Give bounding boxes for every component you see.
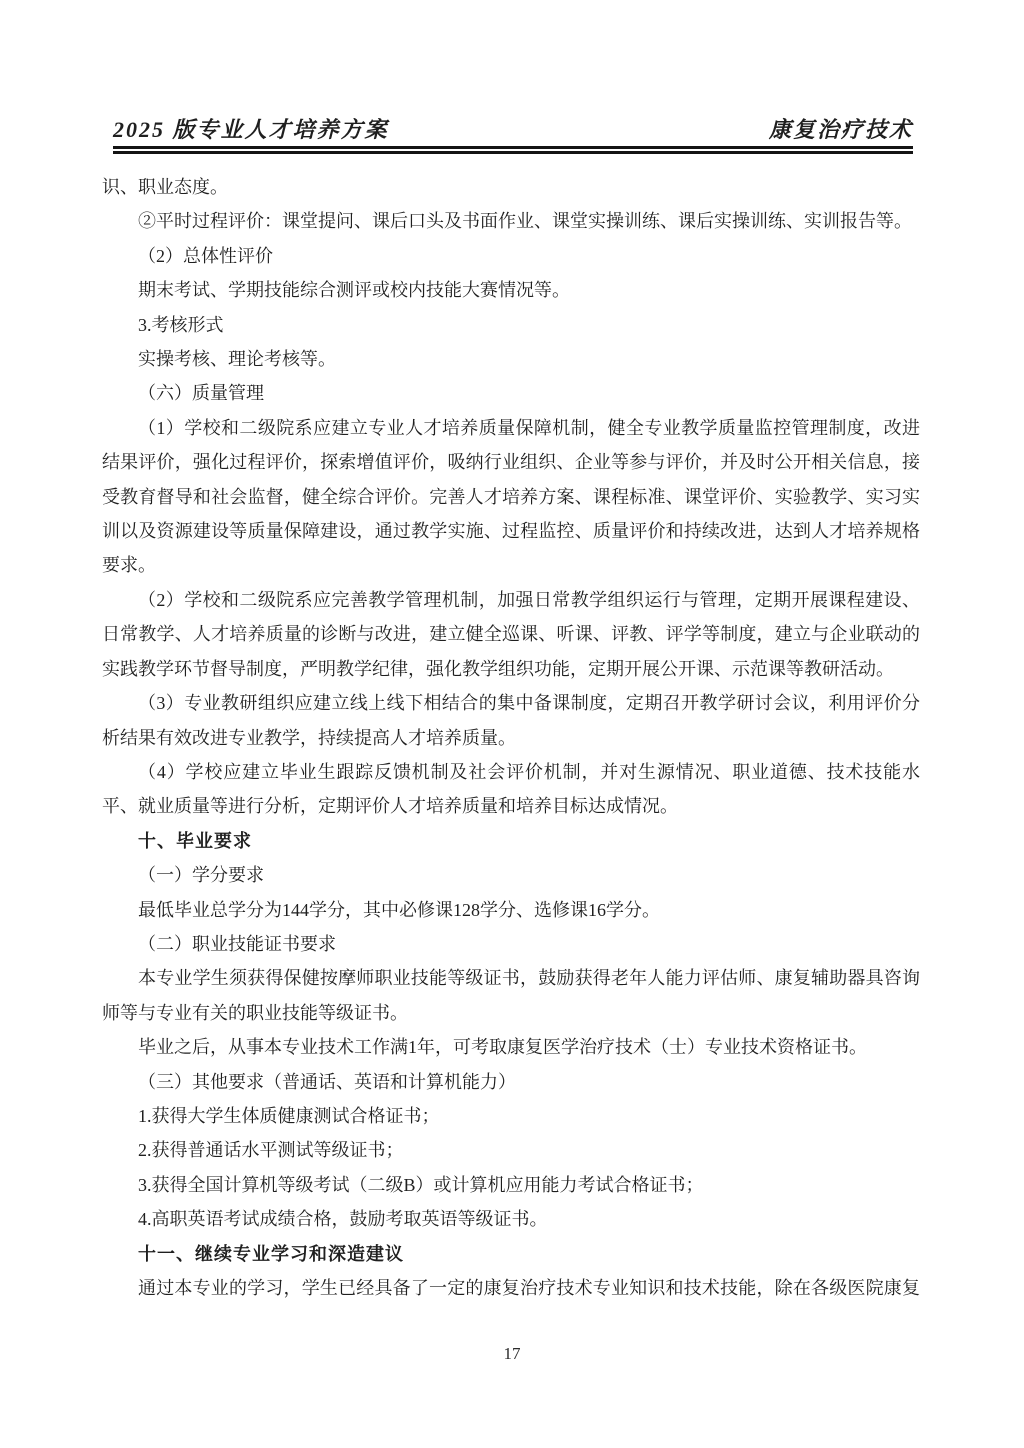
paragraph: 实操考核、理论考核等。	[102, 342, 920, 376]
section-heading: 十一、继续专业学习和深造建议	[102, 1237, 920, 1271]
paragraph: （1）学校和二级院系应建立专业人才培养质量保障机制，健全专业教学质量监控管理制度…	[102, 411, 920, 583]
paragraph: （六）质量管理	[102, 376, 920, 410]
header-right-title: 康复治疗技术	[769, 116, 913, 144]
paragraph: ②平时过程评价：课堂提问、课后口头及书面作业、课堂实操训练、课后实操训练、实训报…	[102, 204, 920, 238]
paragraph: 识、职业态度。	[102, 170, 920, 204]
paragraph: （4）学校应建立毕业生跟踪反馈机制及社会评价机制，并对生源情况、职业道德、技术技…	[102, 755, 920, 824]
paragraph: （二）职业技能证书要求	[102, 927, 920, 961]
paragraph: （三）其他要求（普通话、英语和计算机能力）	[102, 1065, 920, 1099]
section-heading: 十、毕业要求	[102, 824, 920, 858]
paragraph: 4.高职英语考试成绩合格，鼓励考取英语等级证书。	[102, 1202, 920, 1236]
page-footer: 17	[0, 1344, 1024, 1364]
paragraph: 期末考试、学期技能综合测评或校内技能大赛情况等。	[102, 273, 920, 307]
paragraph: （2）学校和二级院系应完善教学管理机制，加强日常教学组织运行与管理，定期开展课程…	[102, 583, 920, 686]
paragraph: （一）学分要求	[102, 858, 920, 892]
page-number: 17	[504, 1344, 521, 1363]
paragraph: （2）总体性评价	[102, 239, 920, 273]
header-left-title: 2025 版专业人才培养方案	[113, 116, 389, 144]
paragraph: 本专业学生须获得保健按摩师职业技能等级证书，鼓励获得老年人能力评估师、康复辅助器…	[102, 961, 920, 1030]
paragraph: 最低毕业总学分为144学分，其中必修课128学分、选修课16学分。	[102, 893, 920, 927]
document-page: 2025 版专业人才培养方案 康复治疗技术 识、职业态度。②平时过程评价：课堂提…	[0, 0, 1024, 1448]
header-divider	[113, 146, 913, 154]
paragraph: （3）专业教研组织应建立线上线下相结合的集中备课制度，定期召开教学研讨会议，利用…	[102, 686, 920, 755]
paragraph: 通过本专业的学习，学生已经具备了一定的康复治疗技术专业知识和技术技能，除在各级医…	[102, 1271, 920, 1305]
paragraph: 3.考核形式	[102, 308, 920, 342]
paragraph: 3.获得全国计算机等级考试（二级B）或计算机应用能力考试合格证书；	[102, 1168, 920, 1202]
document-body: 识、职业态度。②平时过程评价：课堂提问、课后口头及书面作业、课堂实操训练、课后实…	[102, 170, 920, 1305]
page-header: 2025 版专业人才培养方案 康复治疗技术	[113, 116, 913, 154]
paragraph: 1.获得大学生体质健康测试合格证书；	[102, 1099, 920, 1133]
paragraph: 毕业之后，从事本专业技术工作满1年，可考取康复医学治疗技术（士）专业技术资格证书…	[102, 1030, 920, 1064]
paragraph: 2.获得普通话水平测试等级证书；	[102, 1133, 920, 1167]
